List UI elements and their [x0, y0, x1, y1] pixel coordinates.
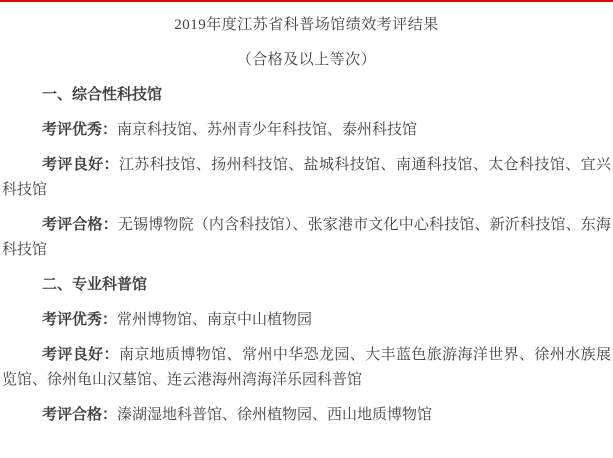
section-heading-specialized: 二、专业科普馆 [2, 273, 611, 298]
rating-label: 考评合格： [42, 407, 117, 423]
rating-paragraph-excellent-1: 考评优秀：南京科技馆、苏州青少年科技馆、泰州科技馆 [2, 118, 611, 143]
rating-label: 考评良好： [42, 347, 119, 363]
rating-paragraph-qualified-2: 考评合格：溱湖湿地科普馆、徐州植物园、西山地质博物馆 [2, 403, 611, 428]
rating-paragraph-good-2: 考评良好：南京地质博物馆、常州中华恐龙园、大丰蓝色旅游海洋世界、徐州水族展览馆、… [2, 343, 611, 393]
rating-paragraph-qualified-1: 考评合格：无锡博物院（内含科技馆）、张家港市文化中心科技馆、新沂科技馆、东海科技… [2, 213, 611, 263]
rating-label: 考评优秀： [42, 122, 117, 138]
page-subtitle: （合格及以上等次） [2, 48, 611, 73]
page-title: 2019年度江苏省科普场馆绩效考评结果 [2, 13, 611, 38]
rating-paragraph-excellent-2: 考评优秀：常州博物馆、南京中山植物园 [2, 308, 611, 333]
rating-label: 考评合格： [42, 217, 118, 233]
section-heading-comprehensive: 一、综合性科技馆 [2, 83, 611, 108]
rating-venues: 溱湖湿地科普馆、徐州植物园、西山地质博物馆 [117, 407, 432, 423]
rating-paragraph-good-1: 考评良好：江苏科技馆、扬州科技馆、盐城科技馆、南通科技馆、太仓科技馆、宜兴科技馆 [2, 153, 611, 203]
rating-label: 考评优秀： [42, 312, 117, 328]
document-page: { "page": { "title": "2019年度江苏省科普场馆绩效考评结… [0, 0, 613, 458]
top-border-rule [0, 0, 613, 2]
rating-label: 考评良好： [42, 157, 119, 173]
rating-venues: 南京科技馆、苏州青少年科技馆、泰州科技馆 [117, 122, 417, 138]
rating-venues: 常州博物馆、南京中山植物园 [117, 312, 312, 328]
